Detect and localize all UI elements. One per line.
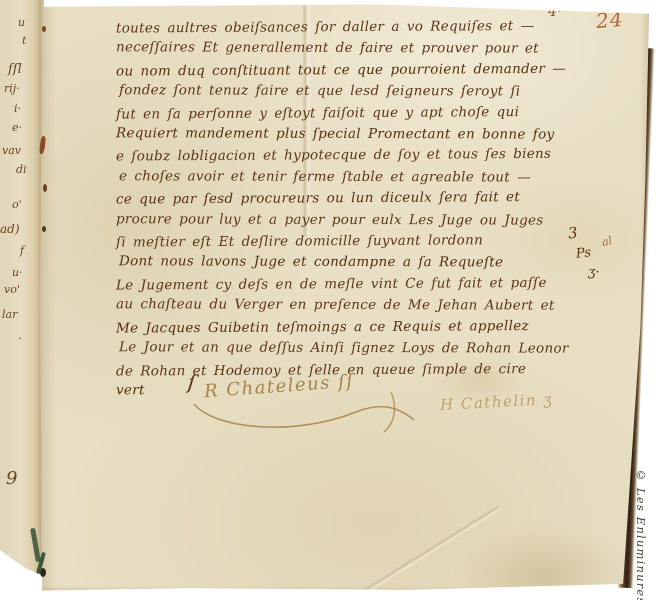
parchment-crease — [362, 505, 501, 596]
manuscript-line: neceſſaires Et generallement de faire et… — [116, 38, 621, 61]
manuscript-page: 4ᵗ 24 toutes aultres obeiſsances ſor dal… — [36, 2, 654, 594]
verso-text-fragment: ſſl — [8, 62, 22, 77]
manuscript-line: ou nom duq conſtituant tout ce que pourr… — [116, 58, 621, 82]
copyright-credit: © Les Enluminures — [634, 468, 648, 600]
verso-text-fragment: vav — [2, 144, 21, 157]
verso-text-fragment: · — [18, 332, 22, 345]
manuscript-line: au chaſteau du Verger en preſence de Me … — [116, 294, 621, 317]
manuscript-line: Requiert mandement plus ſpecial Promecta… — [116, 123, 621, 146]
manuscript-line: e choſes avoir et tenir ferme ſtable et … — [119, 166, 621, 189]
manuscript-line: procure pour luy et a payer pour eulx Le… — [116, 209, 621, 232]
verso-text-fragment: 9 — [6, 468, 17, 489]
verso-text-fragment: e· — [12, 121, 22, 134]
verso-text-fragment: rij· — [4, 82, 20, 95]
verso-text-fragment: lar — [2, 308, 17, 321]
manuscript-line: ce que par ſesd procureurs ou lun diceul… — [116, 187, 621, 211]
binding-stain — [42, 226, 46, 232]
marginal-note: Ps — [575, 245, 592, 261]
manuscript-photo: utſſlrij·i·e·vavdio'ad)fu·vo'lar·9 4ᵗ 24… — [0, 0, 665, 600]
manuscript-line: Dont nous lavons Juge et condampne a ſa … — [119, 252, 621, 275]
verso-text-fragment: f — [20, 244, 24, 257]
manuscript-line: fut en ſa perſonne y eſtoyt faiſoit que … — [116, 101, 621, 125]
verso-text-fragment: t — [22, 34, 26, 47]
previous-page-edge: utſſlrij·i·e·vavdio'ad)fu·vo'lar·9 — [0, 0, 44, 582]
manuscript-line: toutes aultres obeiſsances ſor daller a … — [116, 15, 621, 39]
verso-text-fragment: vo' — [4, 283, 20, 296]
manuscript-line: Le Jour et an que deſſus Ainſi ſignez Lo… — [119, 337, 621, 360]
verso-text-fragment: o' — [12, 198, 22, 211]
verso-text-fragment: u· — [12, 266, 23, 279]
manuscript-line: ſi meſtier eſt Et deſlire domicille ſuyv… — [116, 230, 621, 254]
verso-text-fragment: u — [18, 16, 25, 29]
manuscript-line: Le Jugement cy deſs en de meſle vint Ce … — [116, 272, 621, 296]
verso-text-fragment: di — [16, 163, 27, 176]
binding-stain — [42, 26, 46, 32]
verso-text-fragment: ad) — [0, 222, 20, 236]
binding-stain — [43, 184, 47, 192]
manuscript-line: Me Jacques Guibetin teſmoings a ce Requi… — [116, 315, 621, 339]
manuscript-line: e ſoubz lobligacion et hypotecque de ſoy… — [116, 144, 621, 168]
manuscript-text-block: toutes aultres obeiſsances ſor daller a … — [116, 17, 621, 402]
verso-text-fragment: i· — [14, 102, 21, 115]
marginal-note: ʒ· — [588, 265, 599, 280]
manuscript-line: fondez ſont tenuz faire et que lesd ſeig… — [119, 80, 621, 103]
signature-flourish-icon — [186, 390, 436, 438]
